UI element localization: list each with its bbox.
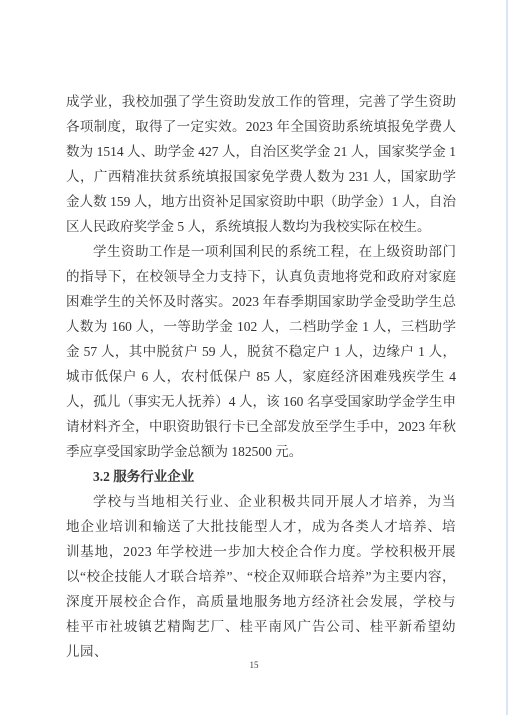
paragraph-continued-from-previous-page: 成学业，我校加强了学生资助发放工作的管理，完善了学生资助各项制度，取得了一定实效… — [66, 89, 456, 239]
section-heading-3-2: 3.2 服务行业企业 — [66, 464, 456, 489]
paragraph-student-aid: 学生资助工作是一项利国利民的系统工程，在上级资助部门的指导下，在校领导全力支持下… — [66, 239, 456, 464]
page-number: 15 — [0, 660, 508, 670]
scanned-document: { "page": { "paragraphs": [ { "type": "b… — [0, 0, 508, 715]
paragraph-industry-cooperation: 学校与当地相关行业、企业积极共同开展人才培养，为当地企业培训和输送了大批技能型人… — [66, 489, 456, 664]
document-page: 成学业，我校加强了学生资助发放工作的管理，完善了学生资助各项制度，取得了一定实效… — [0, 0, 508, 715]
page-content: 成学业，我校加强了学生资助发放工作的管理，完善了学生资助各项制度，取得了一定实效… — [66, 89, 456, 664]
